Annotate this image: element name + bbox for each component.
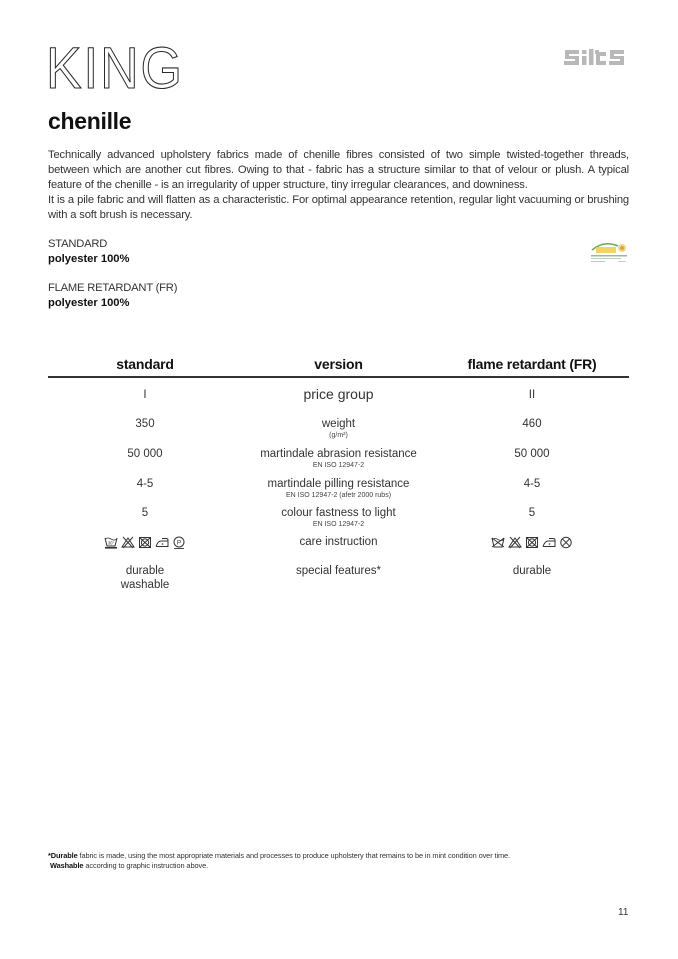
description-paragraph-1: Technically advanced upholstery fabrics … <box>48 148 629 193</box>
description: Technically advanced upholstery fabrics … <box>48 148 629 223</box>
iron-low-icon <box>542 536 556 549</box>
cell-fr: 460 <box>435 417 629 440</box>
footnote-durable: *Durable fabric is made, using the most … <box>48 851 510 861</box>
wash-30-gentle-icon: 30° <box>104 536 118 549</box>
property-label: colour fastness to light <box>242 506 435 520</box>
cell-standard: durable washable <box>48 564 242 592</box>
cell-standard: 350 <box>48 417 242 440</box>
care-icons-standard: 30° P <box>48 536 242 549</box>
svg-text:30°: 30° <box>108 541 115 546</box>
table-row: I price group II <box>48 386 629 402</box>
cell-standard: 50 000 <box>48 447 242 470</box>
property-label: care instruction <box>242 535 435 549</box>
do-not-tumble-dry-icon <box>525 536 539 549</box>
table-row: 350 weight (g/m²) 460 <box>48 417 629 440</box>
product-type: chenille <box>48 108 131 135</box>
cell-property: care instruction <box>242 535 435 549</box>
sits-logo <box>563 46 629 68</box>
confidence-in-textiles-badge <box>588 238 630 266</box>
cell-property: special features* <box>242 564 435 592</box>
composition-fr: FLAME RETARDANT (FR) polyester 100% <box>48 281 177 311</box>
do-not-tumble-dry-icon <box>138 536 152 549</box>
property-note: EN ISO 12947-2 <box>242 520 435 529</box>
header-version: version <box>242 355 435 376</box>
property-label: martindale pilling resistance <box>242 477 435 491</box>
cell-standard: 4-5 <box>48 477 242 500</box>
footnote-washable-text: according to graphic instruction above. <box>83 861 208 870</box>
property-label: special features* <box>242 564 435 578</box>
property-label: martindale abrasion resistance <box>242 447 435 461</box>
composition-fr-label: FLAME RETARDANT (FR) <box>48 281 177 296</box>
care-icons-fr <box>435 536 629 549</box>
table-header: standard version flame retardant (FR) <box>48 355 629 378</box>
cell-fr: II <box>435 386 629 402</box>
cell-standard: 5 <box>48 506 242 529</box>
cell-fr: 5 <box>435 506 629 529</box>
cell-property: price group <box>242 386 435 402</box>
product-title-text: KING <box>46 40 184 98</box>
table-row: 5 colour fastness to light EN ISO 12947-… <box>48 506 629 529</box>
cell-property: weight (g/m²) <box>242 417 435 440</box>
do-not-bleach-icon <box>121 536 135 549</box>
svg-text:P: P <box>177 539 181 546</box>
iron-low-icon <box>155 536 169 549</box>
dry-clean-p-icon: P <box>172 536 186 549</box>
do-not-dry-clean-icon <box>559 536 573 549</box>
table-row: 30° P <box>48 535 629 549</box>
header-standard: standard <box>48 355 242 376</box>
footnote: *Durable fabric is made, using the most … <box>48 851 510 871</box>
page-number: 11 <box>618 907 628 918</box>
cell-fr-care-icons <box>435 535 629 549</box>
table-row: 4-5 martindale pilling resistance EN ISO… <box>48 477 629 500</box>
footnote-durable-text: fabric is made, using the most appropria… <box>78 851 510 860</box>
footnote-durable-term: *Durable <box>48 851 78 860</box>
do-not-wash-icon <box>491 536 505 549</box>
product-title: KING <box>46 40 196 98</box>
cell-property: martindale pilling resistance EN ISO 129… <box>242 477 435 500</box>
footnote-washable: Washable according to graphic instructio… <box>48 861 510 871</box>
table-row: durable washable special features* durab… <box>48 564 629 592</box>
table-row: 50 000 martindale abrasion resistance EN… <box>48 447 629 470</box>
header-fr: flame retardant (FR) <box>435 355 629 376</box>
specifications-table: standard version flame retardant (FR) I … <box>48 355 629 378</box>
property-note: EN ISO 12947-2 <box>242 461 435 470</box>
cell-standard: I <box>48 386 242 402</box>
property-note: EN ISO 12947-2 (afetr 2000 rubs) <box>242 491 435 500</box>
cell-fr: 50 000 <box>435 447 629 470</box>
composition-standard-value: polyester 100% <box>48 252 129 267</box>
cell-fr: 4-5 <box>435 477 629 500</box>
footnote-washable-term: Washable <box>50 861 83 870</box>
composition-fr-value: polyester 100% <box>48 296 177 311</box>
property-note: (g/m²) <box>242 431 435 440</box>
property-label: price group <box>242 386 435 402</box>
composition-standard-label: STANDARD <box>48 237 129 252</box>
cell-standard-care-icons: 30° P <box>48 535 242 549</box>
cell-fr: durable <box>435 564 629 592</box>
description-paragraph-2: It is a pile fabric and will flatten as … <box>48 193 629 223</box>
composition-standard: STANDARD polyester 100% <box>48 237 129 267</box>
do-not-bleach-icon <box>508 536 522 549</box>
property-label: weight <box>242 417 435 431</box>
cell-property: martindale abrasion resistance EN ISO 12… <box>242 447 435 470</box>
cell-property: colour fastness to light EN ISO 12947-2 <box>242 506 435 529</box>
